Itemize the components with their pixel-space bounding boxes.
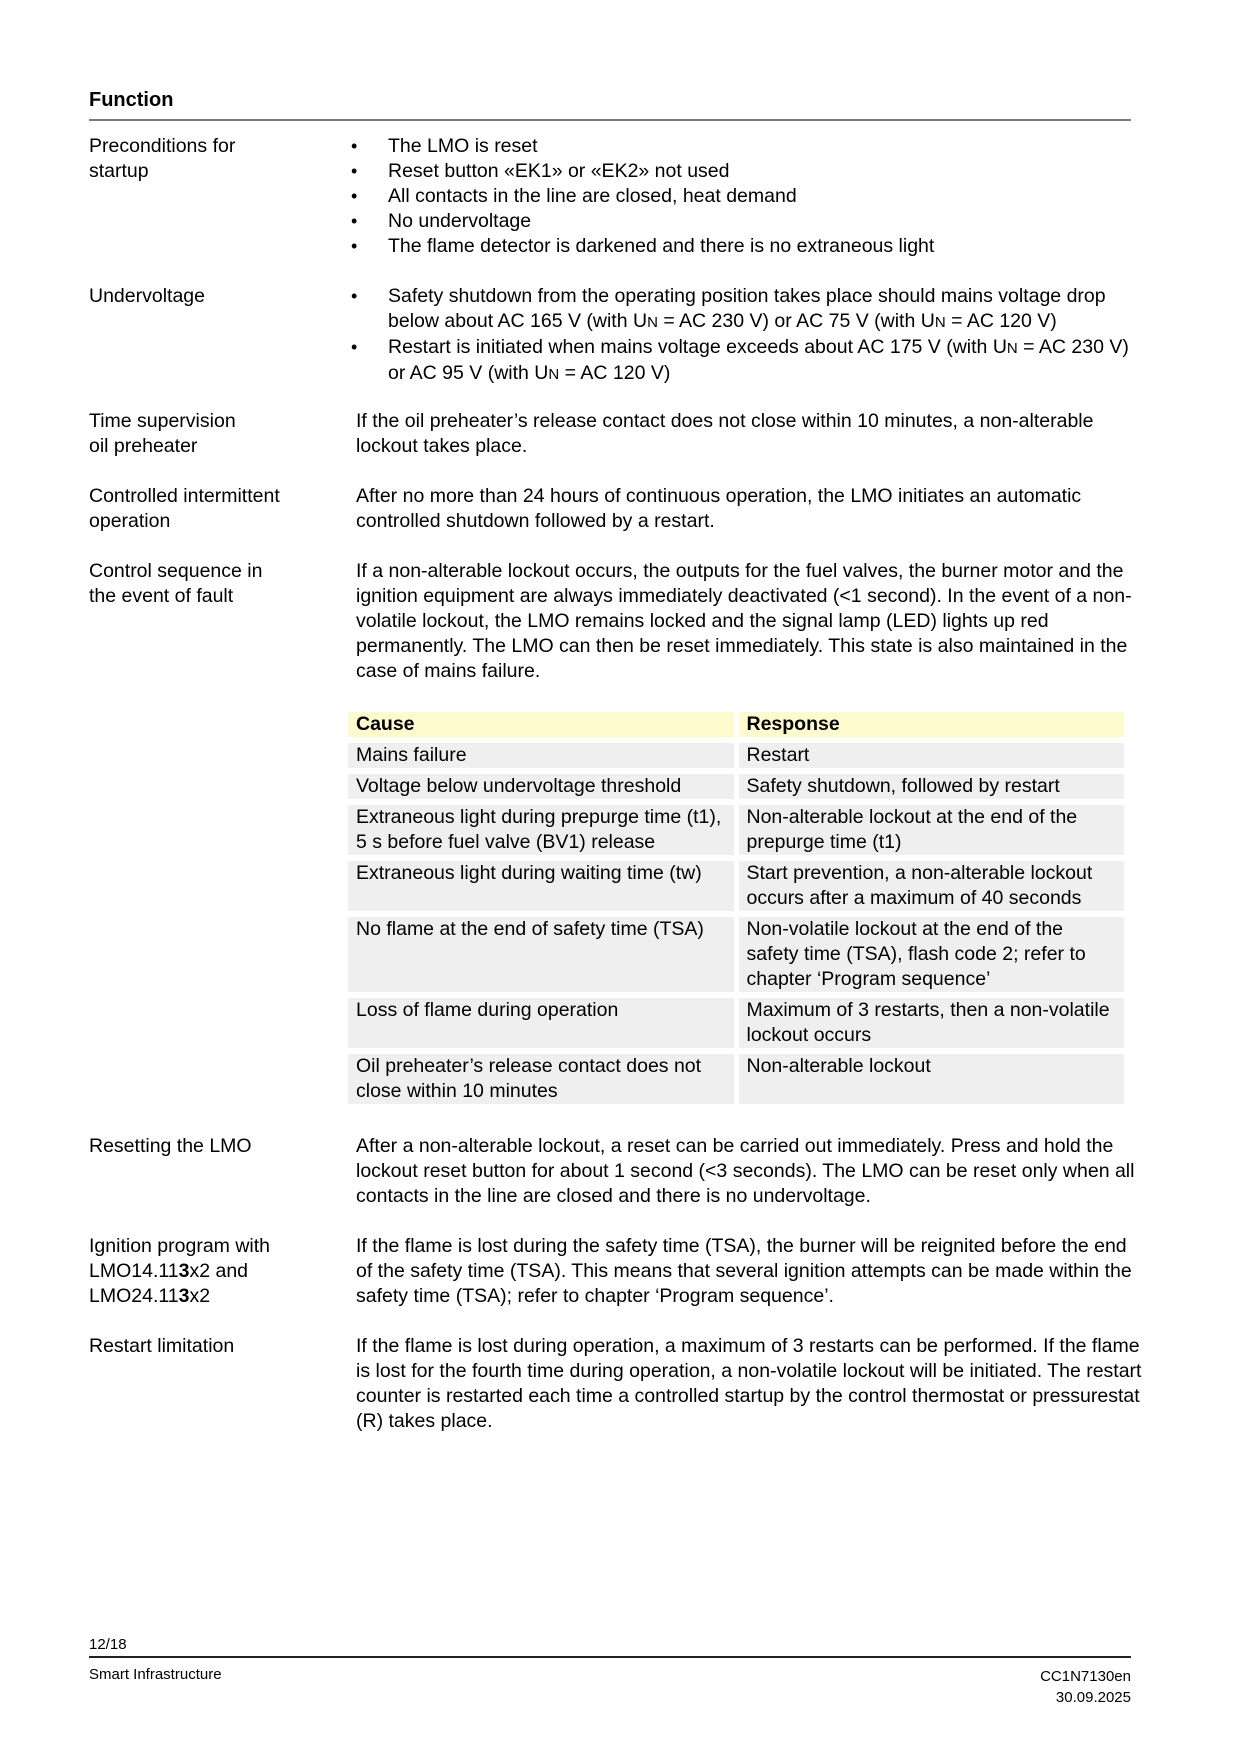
label-line: Ignition program with <box>89 1234 339 1259</box>
cause-cell: Extraneous light during waiting time (tw… <box>348 861 734 911</box>
page-number: 12/18 <box>89 1636 127 1653</box>
bullet-item: No undervoltage <box>351 209 1141 234</box>
bold-digit: 3 <box>179 1260 190 1282</box>
document-id: CC1N7130en <box>1040 1666 1131 1687</box>
subscript: N <box>935 314 946 331</box>
section-label: Resetting the LMO <box>89 1134 339 1159</box>
section-body: If the flame is lost during operation, a… <box>356 1334 1146 1434</box>
bullet-list: The LMO is reset Reset button «EK1» or «… <box>351 134 1141 259</box>
response-cell: Restart <box>739 743 1125 768</box>
table-row: Extraneous light during prepurge time (t… <box>348 805 1124 855</box>
table-row: Mains failure Restart <box>348 743 1124 768</box>
section-label: Restart limitation <box>89 1334 339 1359</box>
section-body: After a non-alterable lockout, a reset c… <box>356 1134 1146 1209</box>
column-header-response: Response <box>739 712 1125 737</box>
text: LMO24.11 <box>89 1285 179 1307</box>
section-body: If the oil preheater’s release contact d… <box>356 409 1146 459</box>
section-label: Undervoltage <box>89 284 339 309</box>
subscript: N <box>548 366 559 383</box>
label-line: LMO14.113x2 and <box>89 1259 339 1284</box>
response-cell: Maximum of 3 restarts, then a non-volati… <box>739 998 1125 1048</box>
section-body: If the flame is lost during the safety t… <box>356 1234 1146 1309</box>
table-row: Oil preheater’s release contact does not… <box>348 1054 1124 1104</box>
section-body: The LMO is reset Reset button «EK1» or «… <box>351 134 1141 259</box>
bullet-item: Reset button «EK1» or «EK2» not used <box>351 159 1141 184</box>
section-label: Controlled intermittent operation <box>89 484 299 534</box>
column-header-cause: Cause <box>348 712 734 737</box>
table-row: Extraneous light during waiting time (tw… <box>348 861 1124 911</box>
section-body: After no more than 24 hours of continuou… <box>356 484 1146 534</box>
subscript: N <box>647 314 658 331</box>
text: Restart is initiated when mains voltage … <box>388 336 1007 358</box>
section-label: Control sequence in the event of fault <box>89 559 279 609</box>
cause-cell: Mains failure <box>348 743 734 768</box>
response-cell: Start prevention, a non-alterable lockou… <box>739 861 1125 911</box>
footer-divider <box>89 1656 1131 1658</box>
section-label: Time supervision oil preheater <box>89 409 259 459</box>
table-header-row: Cause Response <box>348 712 1124 737</box>
cause-cell: No flame at the end of safety time (TSA) <box>348 917 734 992</box>
subscript: N <box>1007 340 1018 357</box>
table-row: Loss of flame during operation Maximum o… <box>348 998 1124 1048</box>
bullet-list: Safety shutdown from the operating posit… <box>351 284 1141 387</box>
bullet-item: Safety shutdown from the operating posit… <box>351 284 1141 335</box>
heading-divider <box>89 119 1131 121</box>
label-line: LMO24.113x2 <box>89 1284 339 1309</box>
response-cell: Non-alterable lockout <box>739 1054 1125 1104</box>
bullet-item: All contacts in the line are closed, hea… <box>351 184 1141 209</box>
cause-cell: Voltage below undervoltage threshold <box>348 774 734 799</box>
response-cell: Non-alterable lockout at the end of the … <box>739 805 1125 855</box>
cause-cell: Oil preheater’s release contact does not… <box>348 1054 734 1104</box>
text: LMO14.11 <box>89 1260 179 1282</box>
document-date: 30.09.2025 <box>1040 1687 1131 1708</box>
bullet-item: The LMO is reset <box>351 134 1141 159</box>
table-row: No flame at the end of safety time (TSA)… <box>348 917 1124 992</box>
bullet-item: The flame detector is darkened and there… <box>351 234 1141 259</box>
footer-company: Smart Infrastructure <box>89 1666 222 1683</box>
section-body: Safety shutdown from the operating posit… <box>351 284 1141 387</box>
section-label: Ignition program with LMO14.113x2 and LM… <box>89 1234 339 1309</box>
bold-digit: 3 <box>179 1285 190 1307</box>
bullet-item: Restart is initiated when mains voltage … <box>351 335 1141 387</box>
text: x2 and <box>189 1260 248 1282</box>
cause-response-table: Cause Response Mains failure Restart Vol… <box>343 706 1129 1110</box>
section-heading: Function <box>89 89 173 112</box>
response-cell: Non-volatile lockout at the end of the s… <box>739 917 1125 992</box>
cause-cell: Loss of flame during operation <box>348 998 734 1048</box>
cause-cell: Extraneous light during prepurge time (t… <box>348 805 734 855</box>
table-row: Voltage below undervoltage threshold Saf… <box>348 774 1124 799</box>
text: = AC 120 V) <box>559 362 670 384</box>
section-body: If a non-alterable lockout occurs, the o… <box>356 559 1146 684</box>
text: = AC 230 V) or AC 75 V (with U <box>658 310 935 332</box>
section-label: Preconditions for startup <box>89 134 259 184</box>
text: = AC 120 V) <box>946 310 1057 332</box>
response-cell: Safety shutdown, followed by restart <box>739 774 1125 799</box>
text: x2 <box>189 1285 210 1307</box>
footer-doc-info: CC1N7130en 30.09.2025 <box>1040 1666 1131 1708</box>
